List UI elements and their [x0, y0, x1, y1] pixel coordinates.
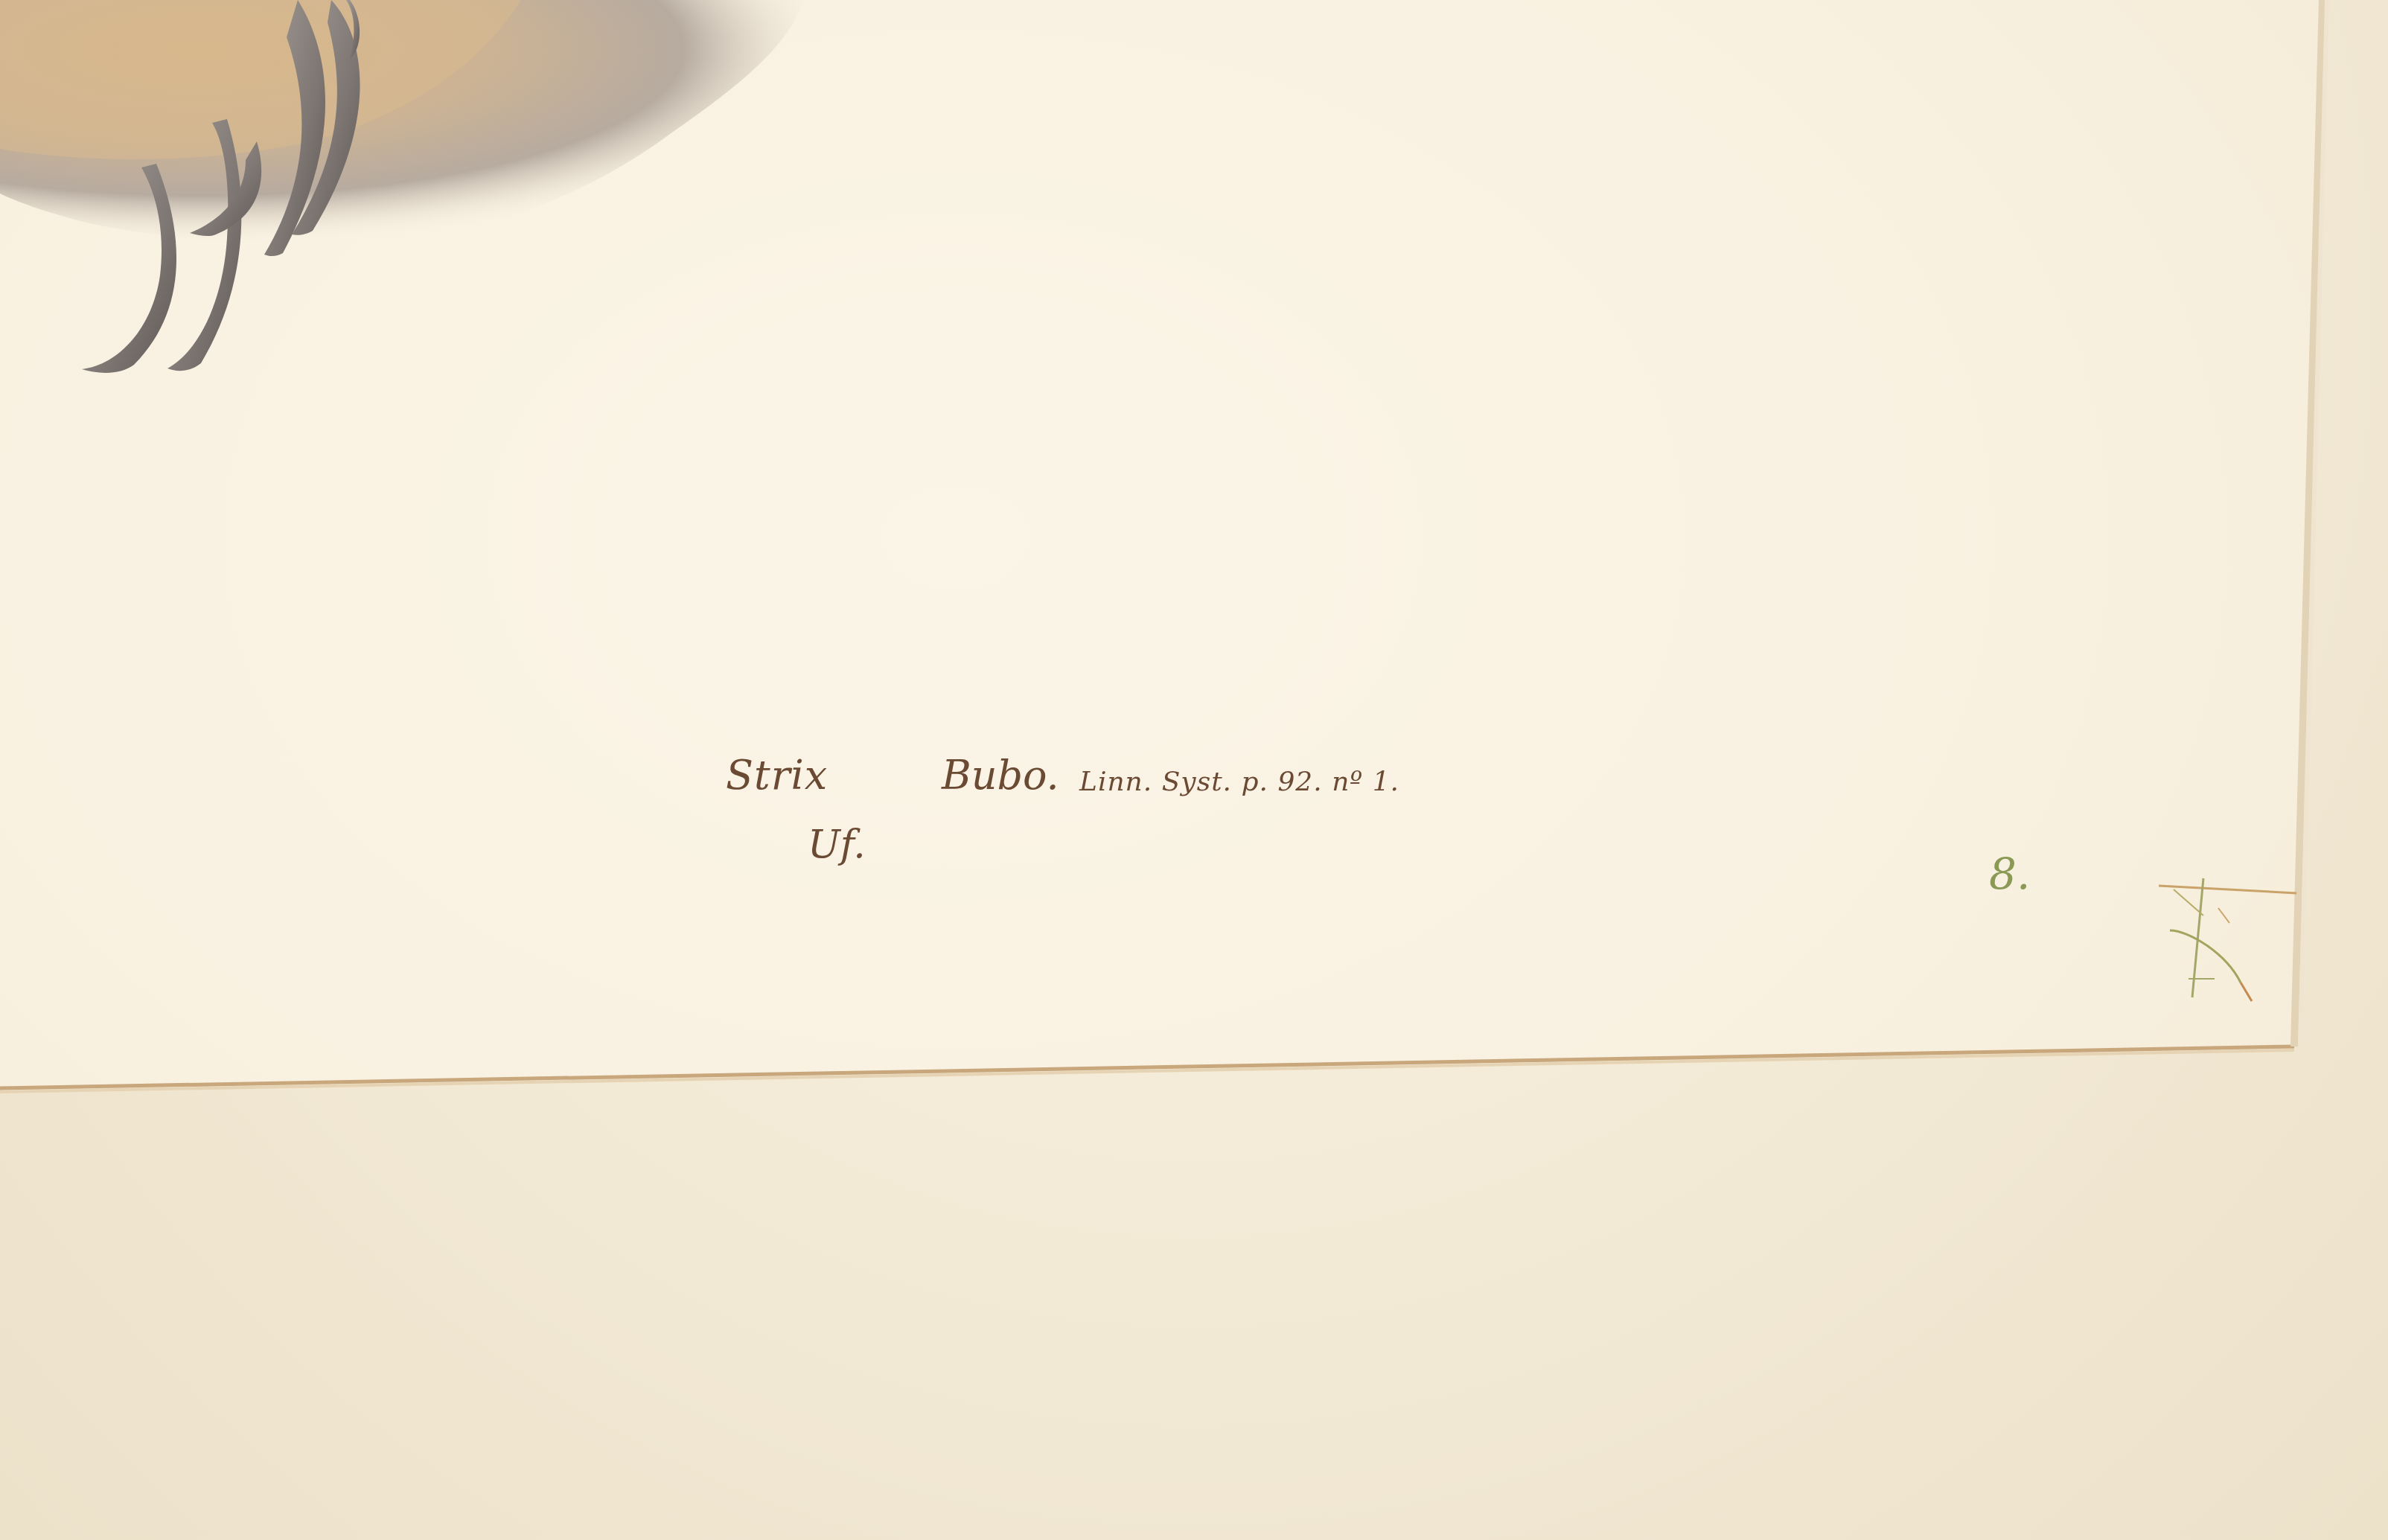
- inscription-common-name: Uf.: [808, 822, 866, 867]
- inscription-genus: Strix: [726, 752, 828, 799]
- inscription-species: Bubo.: [942, 752, 1059, 799]
- inscription-linnaeus-reference: Linn. Syst. p. 92. nº 1.: [1079, 767, 1399, 797]
- owl-talons-illustration: [0, 0, 893, 387]
- artist-monogram-icon: [2159, 856, 2300, 1005]
- plate-number: 8.: [1989, 849, 2030, 899]
